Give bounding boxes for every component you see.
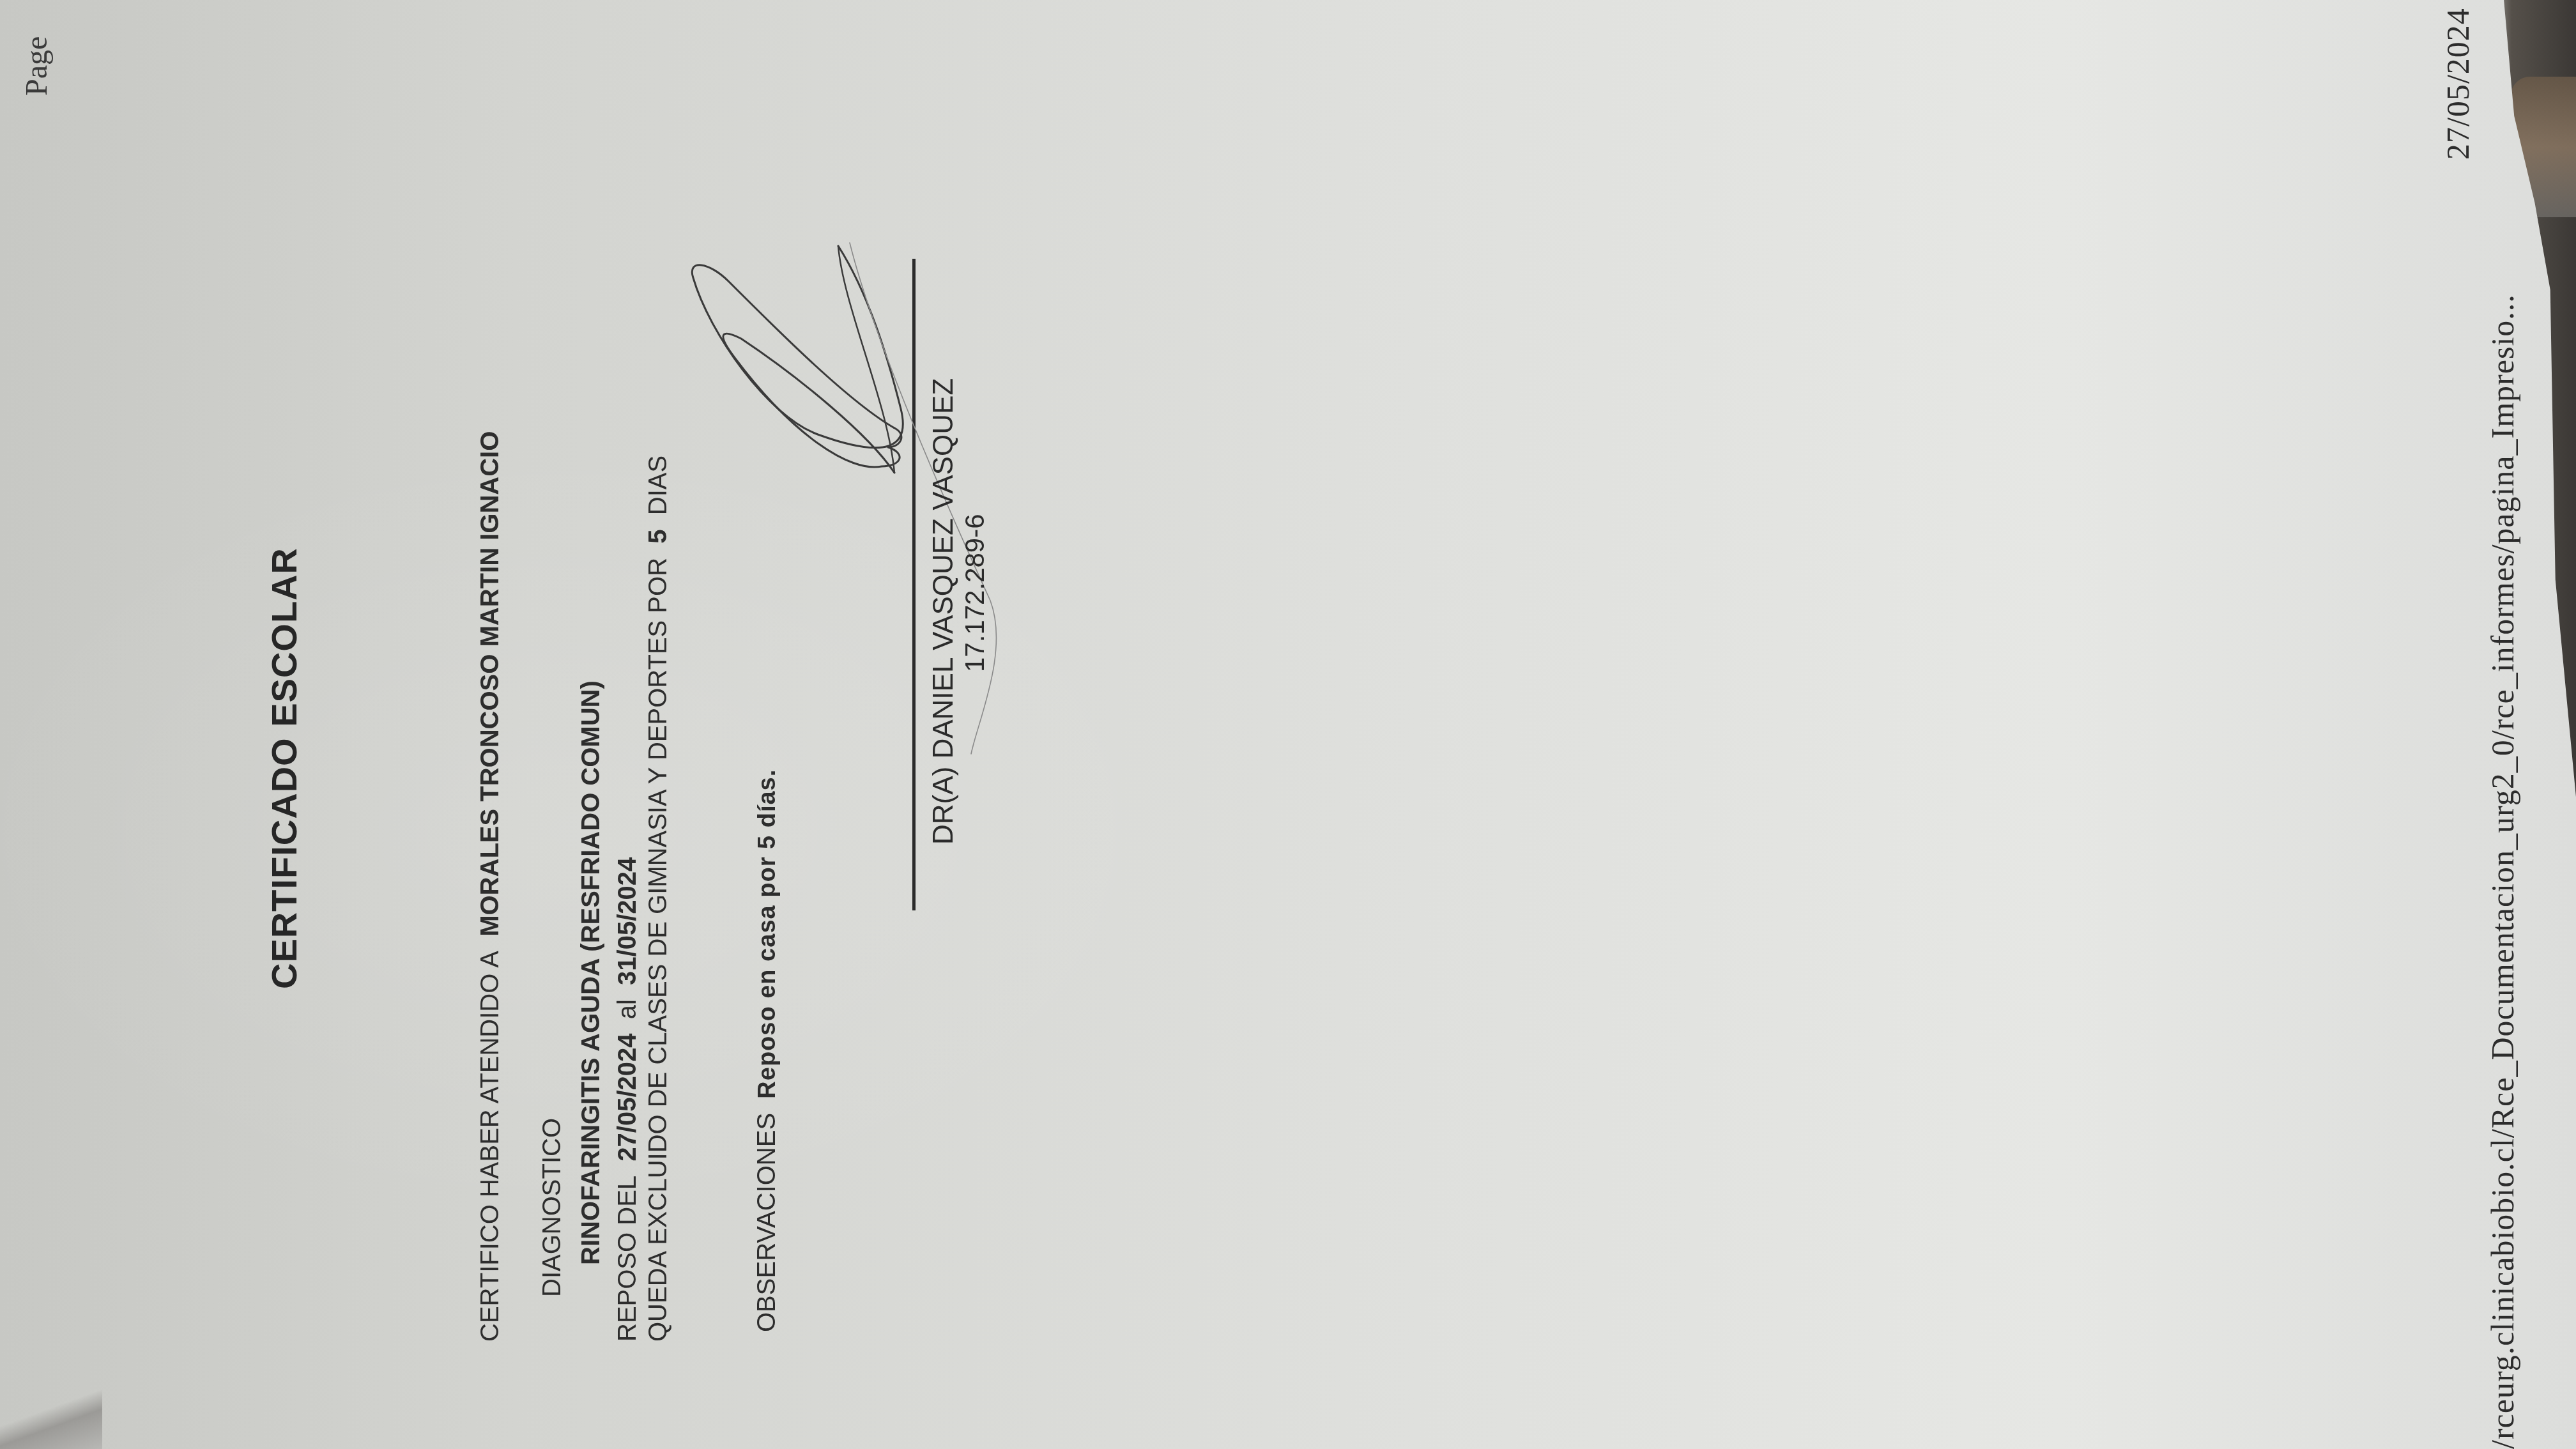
diagnosis-label: DIAGNOSTICO (538, 1118, 567, 1297)
doctor-rut: 17.172.289-6 (960, 514, 990, 672)
title-text: CERTIFICADO ESCOLAR (264, 548, 304, 989)
attended-line: CERTIFICO HABER ATENDIDO A MORALES TRONC… (476, 431, 505, 1342)
observations-line: OBSERVACIONES Reposo en casa por 5 días. (753, 769, 781, 1332)
page-marker: Page (19, 36, 54, 96)
footer-url: /rceurg.clinicabiobio.cl/Rce_Documentaci… (2484, 294, 2521, 1449)
excluded-line: QUEDA EXCLUIDO DE CLASES DE GIMNASIA Y D… (644, 456, 673, 1342)
attended-prefix: CERTIFICO HABER ATENDIDO A (476, 951, 504, 1342)
excluded-days: 5 (644, 529, 672, 543)
rest-from-date: 27/05/2024 (613, 1033, 641, 1161)
page-marker-text: Page (20, 36, 54, 96)
excluded-text: QUEDA EXCLUIDO DE CLASES DE GIMNASIA Y D… (644, 558, 672, 1342)
patient-name: MORALES TRONCOSO MARTIN IGNACIO (476, 431, 504, 937)
excluded-unit: DIAS (644, 456, 672, 515)
observations-label: OBSERVACIONES (753, 1113, 781, 1332)
doctor-rut-text: 17.172.289-6 (960, 514, 990, 672)
rest-to-date: 31/05/2024 (613, 857, 641, 985)
rest-prefix: REPOSO DEL (613, 1176, 641, 1342)
rest-connector: al (613, 999, 641, 1019)
doctor-name: DR(A) DANIEL VASQUEZ VASQUEZ (928, 378, 960, 845)
observations-value: Reposo en casa por 5 días. (754, 769, 781, 1099)
footer-date-text: 27/05/2024 (2440, 8, 2476, 160)
certificate-title: CERTIFICADO ESCOLAR (263, 548, 305, 989)
diagnosis-value-text: RINOFARINGITIS AGUDA (RESFRIADO COMUN) (577, 680, 605, 1265)
rest-period-line: REPOSO DEL 27/05/2024 al 31/05/2024 (613, 857, 642, 1342)
paper-shadow (0, 1386, 102, 1449)
paper-sheet (0, 0, 2576, 1449)
diagnosis-label-text: DIAGNOSTICO (538, 1118, 566, 1297)
diagnosis-value: RINOFARINGITIS AGUDA (RESFRIADO COMUN) (577, 680, 606, 1265)
footer-url-text: /rceurg.clinicabiobio.cl/Rce_Documentaci… (2485, 294, 2520, 1449)
doctor-name-text: DR(A) DANIEL VASQUEZ VASQUEZ (928, 378, 959, 845)
footer-date: 27/05/2024 (2439, 8, 2476, 160)
